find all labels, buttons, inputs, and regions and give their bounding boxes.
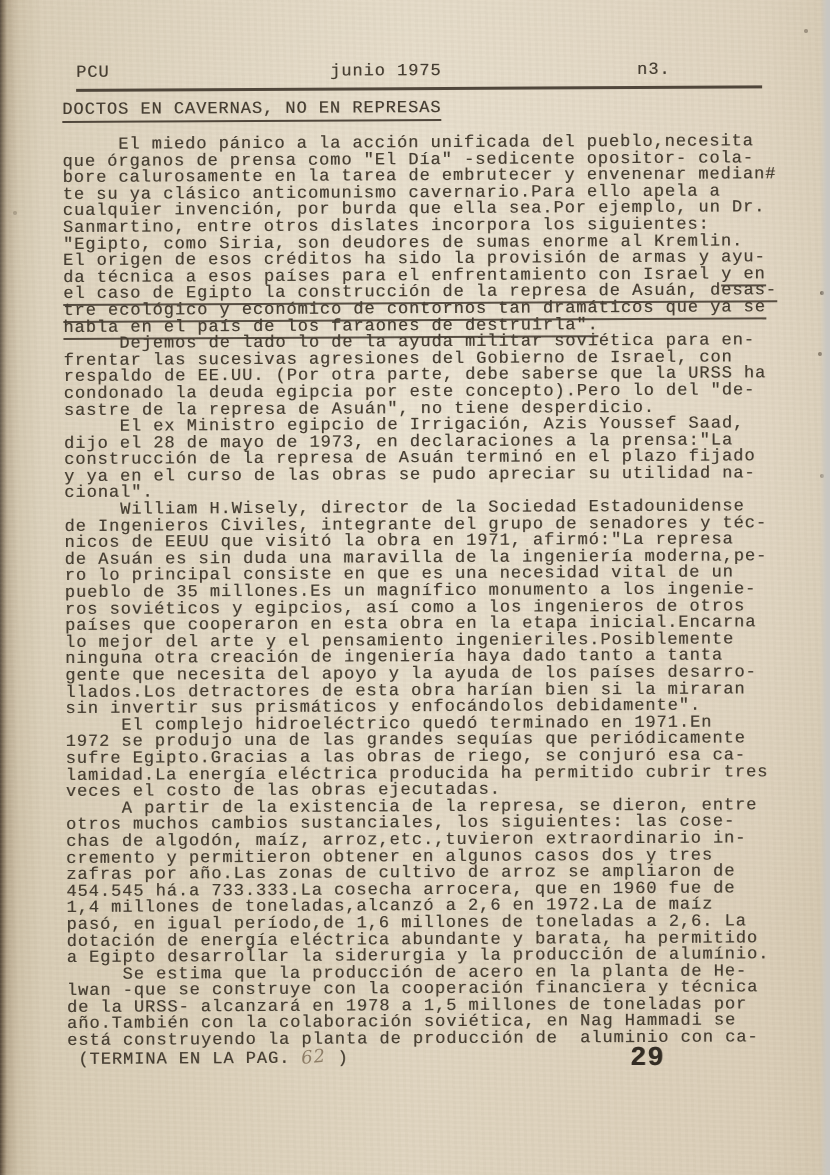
article-title: DOCTOS EN CAVERNAS, NO EN REPRESAS — [62, 99, 441, 123]
header-issue-number: n3. — [637, 63, 671, 80]
scanner-edge — [820, 0, 830, 1175]
article-title-row: DOCTOS EN CAVERNAS, NO EN REPRESAS — [62, 99, 774, 125]
header-date: junio 1975 — [330, 64, 442, 81]
scanned-document-page: PCU junio 1975 n3. DOCTOS EN CAVERNAS, N… — [0, 0, 830, 1175]
continuation-note: (TERMINA EN LA PAG. 62 ) — [67, 1047, 779, 1067]
page-number: 29 — [630, 1044, 664, 1074]
header-publication: PCU — [76, 66, 110, 83]
article-body: El miedo pánico a la acción unificada de… — [62, 134, 779, 1067]
text-line: está construyendo la planta de producció… — [67, 1030, 779, 1050]
paper-specks — [0, 0, 2, 2]
body-lines: El miedo pánico a la acción unificada de… — [62, 134, 779, 1050]
continuation-suffix: ) — [326, 1049, 348, 1068]
handwritten-page-ref: 62 — [301, 1048, 327, 1067]
typewritten-content: PCU junio 1975 n3. DOCTOS EN CAVERNAS, N… — [62, 60, 779, 1067]
page-header: PCU junio 1975 n3. — [76, 60, 762, 92]
text-line: y ya en el curso de las obras se pudo ap… — [64, 466, 776, 486]
continuation-prefix: (TERMINA EN LA PAG. — [67, 1049, 301, 1069]
